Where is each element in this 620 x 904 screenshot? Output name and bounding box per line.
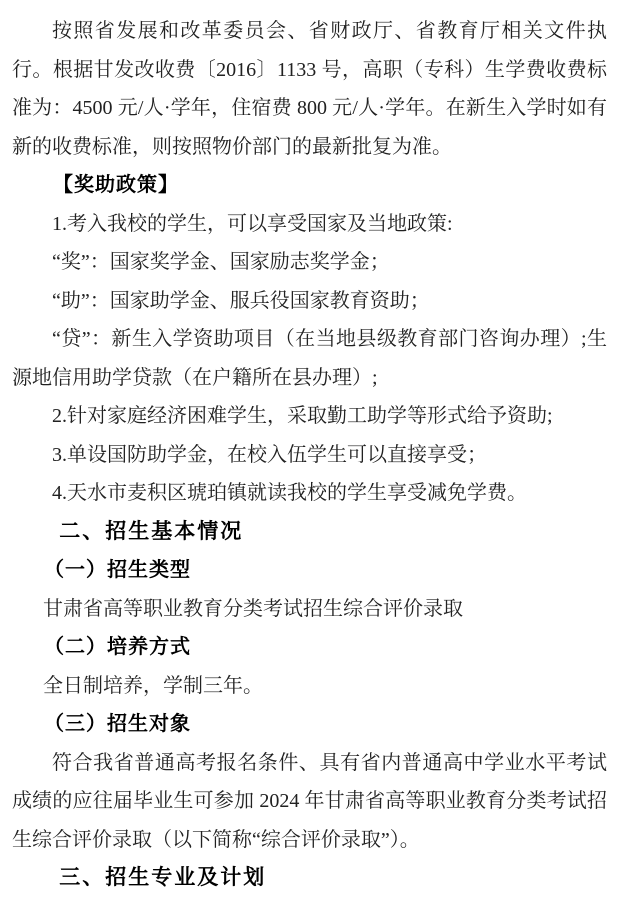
para-aid-item-4: 4.天水市麦积区琥珀镇就读我校的学生享受减免学费。 (12, 474, 607, 513)
heading-aid-policy: 【奖助政策】 (12, 166, 607, 205)
para-aid-loan: “贷”：新生入学资助项目（在当地县级教育部门咨询办理）;生源地信用助学贷款（在户… (12, 320, 607, 397)
para-aid-scholarship: “奖”：国家奖学金、国家励志奖学金； (12, 243, 607, 282)
para-aid-item-1: 1.考入我校的学生，可以享受国家及当地政策: (12, 205, 607, 244)
para-aid-item-2: 2.针对家庭经济困难学生，采取勤工助学等形式给予资助; (12, 397, 607, 436)
para-aid-grant: “助”：国家助学金、服兵役国家教育资助； (12, 282, 607, 321)
para-enrollment-target: 符合我省普通高考报名条件、具有省内普通高中学业水平考试成绩的应往届毕业生可参加 … (12, 744, 607, 860)
para-training-mode: 全日制培养，学制三年。 (12, 667, 607, 706)
para-tuition-fee-policy: 按照省发展和改革委员会、省财政厅、省教育厅相关文件执行。根据甘发改收费〔2016… (12, 12, 607, 166)
heading-2-3-enrollment-target: （三）招生对象 (12, 705, 607, 744)
document-page: 按照省发展和改革委员会、省财政厅、省教育厅相关文件执行。根据甘发改收费〔2016… (0, 0, 620, 904)
para-enrollment-type: 甘肃省高等职业教育分类考试招生综合评价录取 (12, 590, 607, 629)
heading-2-2-training-mode: （二）培养方式 (12, 628, 607, 667)
heading-section-2-enrollment-basics: 二、招生基本情况 (12, 513, 607, 552)
heading-2-1-enrollment-type: （一）招生类型 (12, 551, 607, 590)
heading-section-3-majors-and-plan: 三、招生专业及计划 (12, 859, 607, 898)
para-aid-item-3: 3.单设国防助学金，在校入伍学生可以直接享受； (12, 436, 607, 475)
